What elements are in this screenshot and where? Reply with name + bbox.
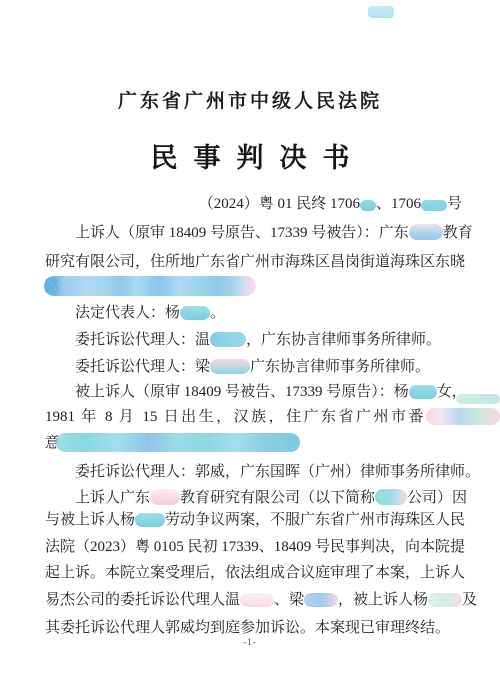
document-type-title: 民事判决书 — [0, 136, 500, 175]
text-segment: 上诉人广东 — [75, 490, 150, 506]
document-line: 法院（2023）粤 0105 民初 17339、18409 号民事判决，向本院提 — [45, 537, 462, 557]
text-segment: 教育研究有限公司（以下简称 — [180, 490, 375, 506]
text-segment: 委托诉讼代理人：梁 — [75, 359, 210, 375]
page-number: -1- — [0, 637, 500, 647]
text-segment: 广东协言律师事务所律师。 — [250, 359, 430, 375]
corner-redaction-mark — [368, 6, 394, 18]
text-segment: 法院（2023）粤 0105 民初 17339、18409 号民事判决，向本院提 — [45, 539, 465, 555]
document-line: 研究有限公司，住所地广东省广州市海珠区昌岗街道海珠区东晓 — [45, 252, 462, 272]
document-line: 意 — [45, 433, 462, 453]
text-segment: 及 — [462, 592, 477, 608]
redaction-mark — [135, 513, 165, 527]
redaction-mark — [150, 489, 180, 505]
text-segment: 、1706 — [376, 196, 421, 212]
text-segment: 1981 年 8 月 15 日出生，汉族，住广东省广州市番 — [45, 409, 426, 425]
document-line: 起上诉。本院立案受理后，依法组成合议庭审理了本案，上诉人 — [45, 563, 462, 583]
redaction-mark — [426, 408, 500, 425]
redaction-mark — [409, 385, 437, 399]
redaction-mark — [180, 306, 210, 320]
text-segment: 、梁 — [274, 592, 304, 608]
document-line: 易杰公司的委托诉讼代理人温、梁，被上诉人杨及 — [45, 590, 462, 610]
document-line: 上诉人（原审 18409 号原告、17339 号被告）：广东教育 — [45, 223, 462, 243]
document-line: 上诉人广东教育研究有限公司（以下简称公司）因 — [45, 488, 462, 508]
text-segment: 公司）因 — [407, 490, 467, 506]
document-line: 委托诉讼代理人：梁广东协言律师事务所律师。 — [45, 357, 462, 377]
text-segment: 号 — [447, 196, 462, 212]
text-segment: ，被上诉人杨 — [338, 592, 428, 608]
document-line: 法定代表人：杨。 — [45, 303, 462, 323]
text-segment: 教育 — [443, 225, 473, 241]
redaction-mark — [44, 276, 256, 296]
document-line: 被上诉人（原审 18409 号被告、17339 号原告）：杨女， — [45, 382, 462, 402]
court-name-title: 广东省广州市中级人民法院 — [0, 86, 500, 113]
document-line: 委托诉讼代理人：郭威，广东国晖（广州）律师事务所律师。 — [45, 462, 462, 482]
document-line: 1981 年 8 月 15 日出生，汉族，住广东省广州市番 — [45, 407, 500, 427]
redaction-mark — [56, 433, 300, 452]
text-segment: 上诉人（原审 18409 号原告、17339 号被告）：广东 — [75, 225, 409, 241]
redaction-mark — [240, 593, 274, 607]
text-segment: 。 — [210, 305, 225, 321]
redaction-mark — [421, 200, 447, 211]
text-segment: 与被上诉人杨 — [45, 512, 135, 528]
line-end-redaction-mark — [456, 394, 500, 404]
redaction-mark — [210, 359, 250, 374]
text-segment: 委托诉讼代理人：郭威，广东国晖（广州）律师事务所律师。 — [75, 464, 480, 480]
redaction-mark — [409, 224, 443, 240]
redaction-mark — [304, 593, 338, 607]
document-line: 与被上诉人杨劳动争议两案，不服广东省广州市海珠区人民 — [45, 510, 462, 530]
redaction-mark — [360, 200, 376, 211]
text-segment: 易杰公司的委托诉讼代理人温 — [45, 592, 240, 608]
text-segment: ，广东协言律师事务所律师。 — [246, 332, 441, 348]
text-segment: 被上诉人（原审 18409 号被告、17339 号原告）：杨 — [75, 384, 409, 400]
document-line: 委托诉讼代理人：温，广东协言律师事务所律师。 — [45, 330, 462, 350]
text-segment: 法定代表人：杨 — [75, 305, 180, 321]
text-segment: 委托诉讼代理人：温 — [75, 332, 210, 348]
redaction-mark — [210, 332, 246, 347]
judgment-document-page: 广东省广州市中级人民法院 民事判决书 （2024）粤 01 民终 1706、17… — [0, 0, 500, 686]
text-segment: 研究有限公司，住所地广东省广州市海珠区昌岗街道海珠区东晓 — [45, 254, 465, 270]
text-segment: 其委托诉讼代理人郭威均到庭参加诉讼。本案现已审理终结。 — [45, 620, 450, 636]
document-line: （2024）粤 01 民终 1706、1706号 — [45, 194, 462, 214]
redaction-mark — [375, 489, 407, 505]
text-segment: （2024）粤 01 民终 1706 — [199, 196, 360, 212]
document-line: 其委托诉讼代理人郭威均到庭参加诉讼。本案现已审理终结。 — [45, 618, 462, 638]
text-segment: 起上诉。本院立案受理后，依法组成合议庭审理了本案，上诉人 — [45, 565, 465, 581]
redaction-mark — [428, 593, 462, 607]
text-segment: 劳动争议两案，不服广东省广州市海珠区人民 — [165, 512, 465, 528]
document-line: 路 — [45, 276, 462, 297]
